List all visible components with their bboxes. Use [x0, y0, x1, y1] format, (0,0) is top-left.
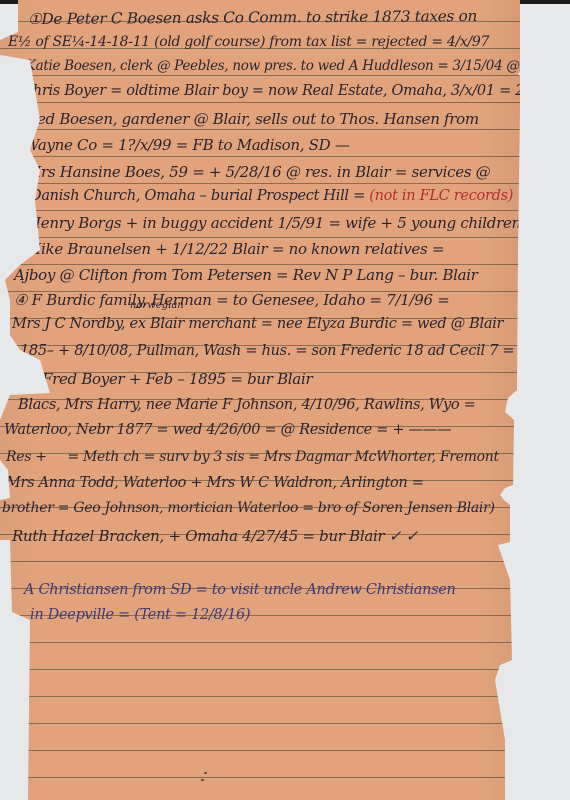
note-line-7: Mrs Hansine Boes, 59 = + 5/28/16 @ res. …: [26, 163, 490, 181]
note-line-8: Danish Church, Omaha – burial Prospect H…: [30, 188, 513, 204]
note-line-9: Henry Borgs + in buggy accident 1/5/91 =…: [28, 214, 521, 232]
note-line-23: in Deepville = (Tent = 12/8/16): [30, 607, 250, 623]
superscript-norwegian: norwegian: [130, 300, 184, 311]
ink-speck: [201, 779, 204, 781]
note-line-3: ② Katie Boesen, clerk @ Peebles, now pre…: [10, 58, 555, 74]
checkmark-icons: ✓ ✓: [389, 527, 418, 545]
note-line-8-text: Danish Church, Omaha – burial Prospect H…: [30, 188, 365, 204]
note-line-2: E½ of SE¼-14-18-11 (old golf course) fro…: [8, 34, 489, 50]
note-line-13: Mrs J C Nordby, ex Blair merchant = nee …: [12, 316, 503, 332]
note-line-4: Chris Boyer = oldtime Blair boy = now Re…: [22, 83, 524, 99]
note-line-14: 185– + 8/10/08, Pullman, Wash = hus. = s…: [20, 343, 514, 359]
note-line-18: Res + = Meth ch = surv by 3 sis = Mrs Da…: [6, 449, 499, 465]
note-line-5: Fred Boesen, gardener @ Blair, sells out…: [20, 110, 479, 128]
red-annotation: (not in FLC records): [369, 188, 513, 204]
note-line-17: Waterloo, Nebr 1877 = wed 4/26/00 = @ Re…: [4, 422, 451, 438]
note-line-22: A Christiansen from SD = to visit uncle …: [24, 582, 456, 598]
note-line-21-text: Ruth Hazel Bracken, + Omaha 4/27/45 = bu…: [12, 527, 384, 545]
note-line-10: Mike Braunelsen + 1/12/22 Blair = no kno…: [26, 240, 444, 258]
note-line-15: Fred Boyer + Feb – 1895 = bur Blair: [42, 370, 312, 388]
ink-speck: [204, 772, 207, 774]
note-line-20: brother = Geo Johnson, mortician Waterlo…: [2, 500, 495, 516]
note-line-6: Wayne Co = 1?/x/99 = FB to Madison, SD —: [24, 136, 350, 154]
note-line-19: Mrs Anna Todd, Waterloo + Mrs W C Waldro…: [6, 475, 424, 491]
note-line-21: Ruth Hazel Bracken, + Omaha 4/27/45 = bu…: [12, 527, 418, 545]
note-line-1: ①De Peter C Boesen asks Co Comm. to stri…: [28, 7, 477, 28]
note-line-11: Ajboy @ Clifton from Tom Petersen = Rev …: [14, 266, 478, 284]
note-line-12: ④ F Burdic family, Herman = to Genesee, …: [14, 291, 450, 309]
note-line-16: Blacs, Mrs Harry, nee Marie F Johnson, 4…: [18, 397, 476, 413]
lined-paper-sheet: ①De Peter C Boesen asks Co Comm. to stri…: [0, 0, 570, 800]
